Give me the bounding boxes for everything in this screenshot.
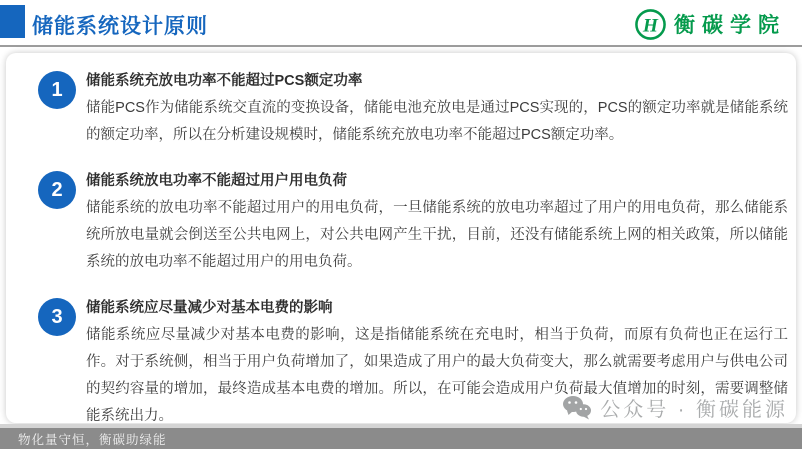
principle-item-2: 2 储能系统放电功率不能超过用户用电负荷 储能系统的放电功率不能超过用户的用电负… bbox=[38, 168, 788, 276]
slide-header: 储能系统设计原则 H 衡碳学院 bbox=[0, 0, 802, 47]
principle-body-2: 储能系统的放电功率不能超过用户的用电负荷，一旦储能系统的放电功率超过了用户的用电… bbox=[86, 195, 788, 276]
footer-bar: 物化量守恒，衡碳助绿能 bbox=[0, 428, 802, 449]
principle-item-1: 1 储能系统充放电功率不能超过PCS额定功率 储能PCS作为储能系统交直流的变换… bbox=[38, 68, 788, 149]
wechat-watermark: 公众号 · 衡碳能源 bbox=[562, 393, 788, 422]
principle-text-2: 储能系统放电功率不能超过用户用电负荷 储能系统的放电功率不能超过用户的用电负荷，… bbox=[86, 168, 788, 276]
logo-text: 衡碳学院 bbox=[674, 9, 786, 39]
footer-slogan: 物化量守恒，衡碳助绿能 bbox=[18, 430, 167, 448]
watermark-text: 公众号 · 衡碳能源 bbox=[600, 393, 788, 422]
principle-heading-3: 储能系统应尽量减少对基本电费的影响 bbox=[86, 295, 788, 322]
number-badge-2: 2 bbox=[38, 171, 76, 209]
wechat-icon bbox=[562, 395, 592, 420]
principles-list: 1 储能系统充放电功率不能超过PCS额定功率 储能PCS作为储能系统交直流的变换… bbox=[38, 68, 788, 449]
page-title: 储能系统设计原则 bbox=[32, 10, 208, 40]
presentation-slide: 储能系统设计原则 H 衡碳学院 1 储能系统充放电功率不能超过PCS额定功率 储… bbox=[0, 0, 802, 449]
brand-logo: H 衡碳学院 bbox=[634, 7, 786, 41]
principle-heading-2: 储能系统放电功率不能超过用户用电负荷 bbox=[86, 168, 788, 195]
svg-text:H: H bbox=[642, 15, 659, 36]
number-badge-3: 3 bbox=[38, 298, 76, 336]
principle-heading-1: 储能系统充放电功率不能超过PCS额定功率 bbox=[86, 68, 788, 95]
principle-text-1: 储能系统充放电功率不能超过PCS额定功率 储能PCS作为储能系统交直流的变换设备… bbox=[86, 68, 788, 149]
principle-body-1: 储能PCS作为储能系统交直流的变换设备，储能电池充放电是通过PCS实现的，PCS… bbox=[86, 95, 788, 149]
title-accent-block bbox=[0, 5, 25, 38]
number-badge-1: 1 bbox=[38, 71, 76, 109]
logo-circle-icon: H bbox=[634, 8, 667, 41]
